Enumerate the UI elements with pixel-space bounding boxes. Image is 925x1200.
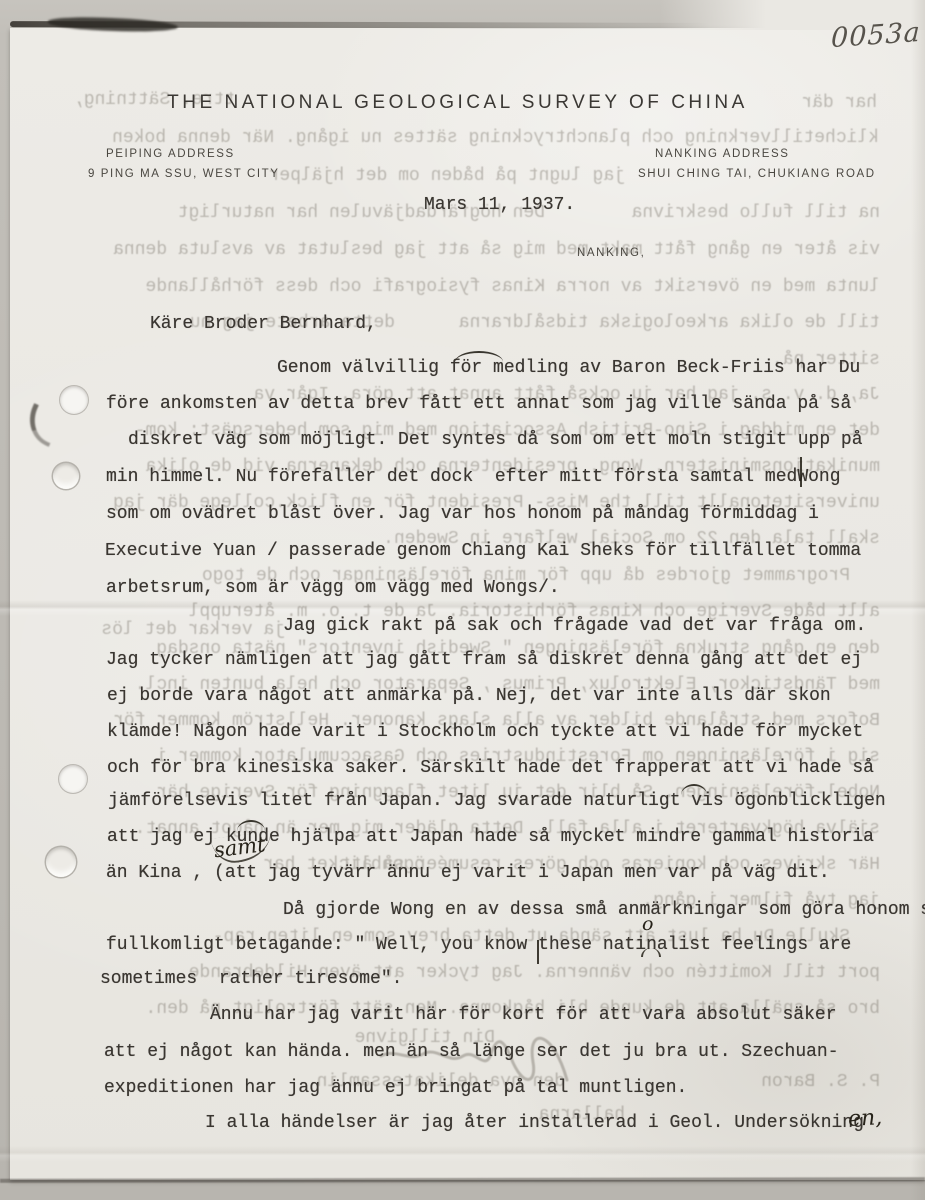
- punch-hole: [59, 765, 87, 793]
- letter-line: fullkomligt betagande: " Well, you know …: [106, 934, 851, 956]
- letter-line: diskret väg som möjligt. Det syntes då s…: [128, 429, 863, 451]
- letter-line: än Kina , (att jag tyvärr ännu ej varit …: [106, 862, 830, 884]
- letter-line: Ännu har jag varit här för kort för att …: [210, 1004, 837, 1026]
- letter-line: Jag tycker nämligen att jag gått fram så…: [106, 649, 862, 671]
- letter-line: före ankomsten av detta brev fått ett an…: [106, 393, 851, 415]
- letter-line: ej borde vara något att anmärka på. Nej,…: [107, 685, 831, 707]
- letter-line: Käre Broder Bernhard,: [150, 313, 377, 335]
- handwritten-insert-bar: [537, 940, 539, 964]
- letter-line: klämde! Någon hade varit i Stockholm och…: [107, 721, 863, 743]
- punch-hole: [60, 386, 88, 414]
- letter-line: Genom välvillig för medling av Baron Bec…: [277, 357, 860, 379]
- typed-lines: Käre Broder Bernhard,Genom välvillig för…: [0, 0, 925, 1200]
- handwritten-word-ending: en,: [847, 1105, 882, 1132]
- letter-line: Executive Yuan / passerade genom Chiang …: [105, 540, 861, 562]
- letter-line: I alla händelser är jag åter installerad…: [205, 1112, 864, 1134]
- scanned-letter-page: har därttre. Sättning,klichetillverkning…: [0, 0, 925, 1200]
- letter-line: och för bra kinesiska saker. Särskilt ha…: [107, 757, 874, 779]
- punch-hole: [46, 847, 76, 877]
- letter-line: expeditionen har jag ännu ej bringat på …: [104, 1077, 687, 1099]
- punch-hole: [53, 463, 79, 489]
- handwritten-insert-bar: [800, 457, 802, 487]
- letter-line: jämförelsevis litet från Japan. Jag svar…: [108, 790, 886, 812]
- letter-line: Då gjorde Wong en av dessa små anmärknin…: [283, 899, 925, 921]
- letter-line: som om ovädret blåst över. Jag var hos h…: [106, 503, 819, 525]
- letter-line: Jag gick rakt på sak och frågade vad det…: [283, 615, 866, 637]
- page-number: 0053a: [831, 17, 922, 54]
- letter-line: sometimes rather tiresome".: [100, 968, 402, 990]
- letter-line: min himmel. Nu förefaller det dock efter…: [106, 466, 841, 488]
- letter-line: att ej något kan hända. men än så länge …: [104, 1041, 839, 1063]
- letter-line: arbetsrum, som är vägg om vägg med Wongs…: [106, 577, 560, 599]
- handwritten-inserted-letter: o: [642, 913, 653, 935]
